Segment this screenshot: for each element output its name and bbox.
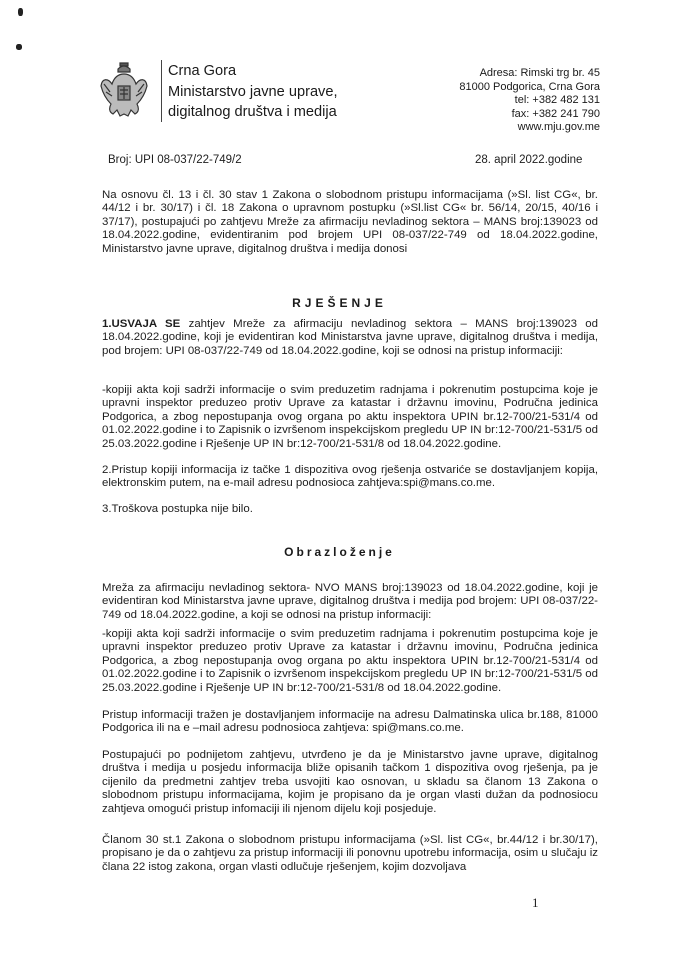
reasoning-paragraph-3: Pristup informaciji tražen je dostavljan… xyxy=(102,709,598,736)
contact-phone: tel: +382 482 131 xyxy=(459,94,600,108)
preamble: Na osnovu čl. 13 i čl. 30 stav 1 Zakona … xyxy=(102,189,598,256)
decision-title: RJEŠENJE xyxy=(0,296,679,310)
organization-name: Crna Gora Ministarstvo javne uprave, dig… xyxy=(168,61,338,123)
reasoning-paragraph-4: Postupajući po podnijetom zahtjevu, utvr… xyxy=(102,749,598,816)
contact-block: Adresa: Rimski trg br. 45 81000 Podgoric… xyxy=(459,67,600,135)
decision-item-1: 1.USVAJA SE zahtjev Mreže za afirmaciju … xyxy=(102,318,598,358)
contact-address: Adresa: Rimski trg br. 45 xyxy=(459,67,600,81)
reference-number: Broj: UPI 08-037/22-749/2 xyxy=(108,154,242,166)
letterhead-divider xyxy=(161,60,162,122)
decision-item-3: 3.Troškova postupka nije bilo. xyxy=(102,503,598,516)
scan-artifact xyxy=(18,8,23,16)
contact-city: 81000 Podgorica, Crna Gora xyxy=(459,81,600,95)
decision-item-1-label: 1.USVAJA SE xyxy=(102,318,180,330)
reasoning-paragraph-1: Mreža za afirmaciju nevladinog sektora- … xyxy=(102,582,598,622)
scan-artifact xyxy=(16,44,22,50)
decision-item-1-detail: -kopiji akta koji sadrži informacije o s… xyxy=(102,384,598,451)
ministry-name-line2: digitalnog društva i medija xyxy=(168,102,338,123)
reasoning-paragraph-5: Članom 30 st.1 Zakona o slobodnom pristu… xyxy=(102,834,598,874)
contact-fax: fax: +382 241 790 xyxy=(459,108,600,122)
contact-website: www.mju.gov.me xyxy=(459,121,600,135)
montenegro-coat-of-arms-icon xyxy=(100,60,148,126)
reasoning-paragraph-2: -kopiji akta koji sadrži informacije o s… xyxy=(102,628,598,695)
country-name: Crna Gora xyxy=(168,61,338,82)
decision-item-2: 2.Pristup kopiji informacija iz tačke 1 … xyxy=(102,464,598,491)
document-date: 28. april 2022.godine xyxy=(475,154,582,166)
page-number: 1 xyxy=(532,895,539,911)
reasoning-title: Obrazloženje xyxy=(0,545,679,559)
ministry-name-line1: Ministarstvo javne uprave, xyxy=(168,82,338,103)
